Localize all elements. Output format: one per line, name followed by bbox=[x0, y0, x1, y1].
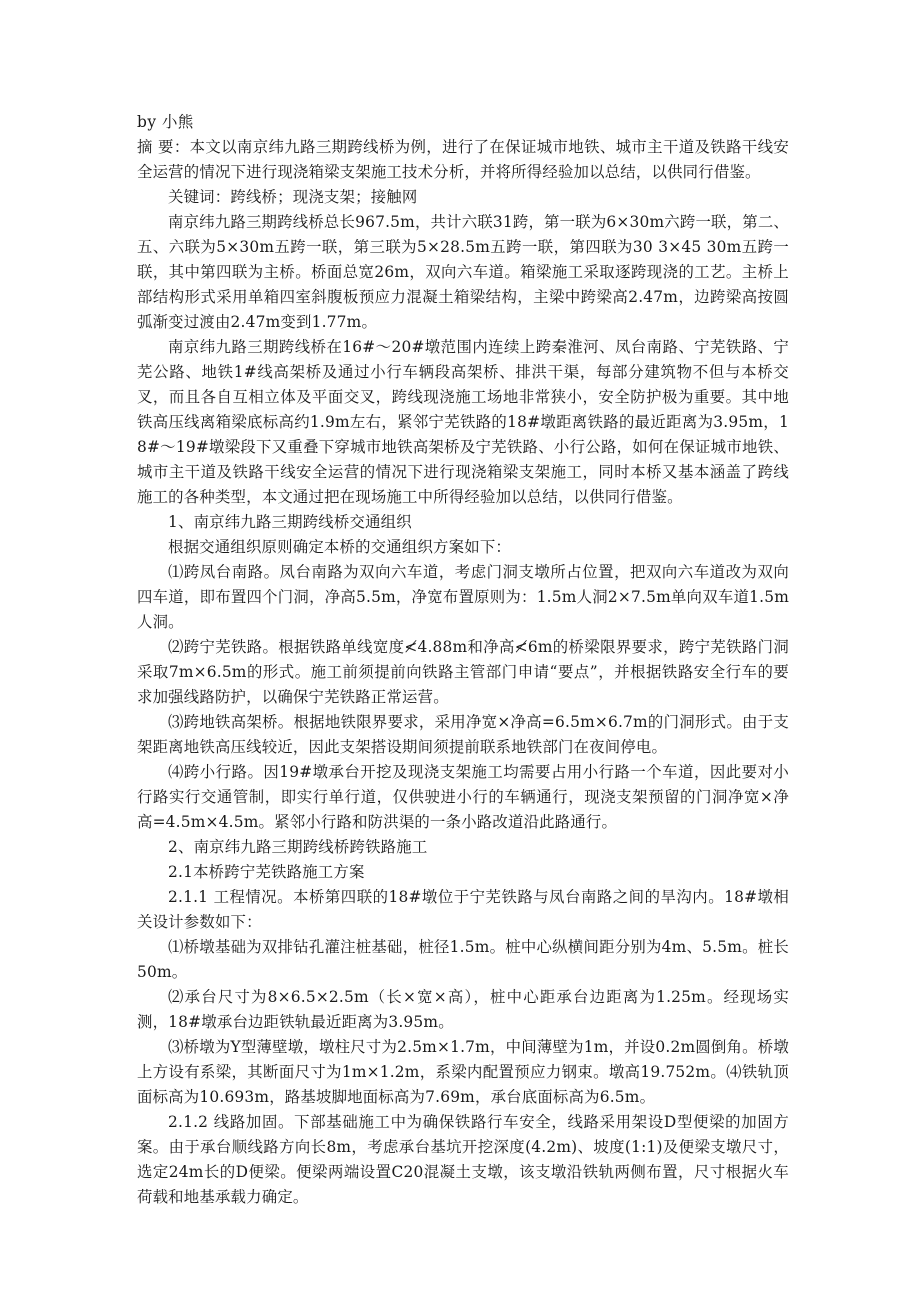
keywords: 关键词：跨线桥；现浇支架；接触网 bbox=[137, 185, 789, 210]
section-heading-1: 1、南京纬九路三期跨线桥交通组织 bbox=[137, 510, 789, 535]
paragraph-site-conditions: 南京纬九路三期跨线桥在16#～20#墩范围内连续上跨秦淮河、凤台南路、宁芜铁路、… bbox=[137, 335, 789, 510]
list-item-pile-cap: ⑵承台尺寸为8×6.5×2.5m（长×宽×高），桩中心距承台边距离为1.25m。… bbox=[137, 985, 789, 1035]
list-item-metro-viaduct: ⑶跨地铁高架桥。根据地铁限界要求，采用净宽×净高=6.5m×6.7m的门洞形式。… bbox=[137, 710, 789, 760]
paragraph-traffic-plan-intro: 根据交通组织原则确定本桥的交通组织方案如下： bbox=[137, 535, 789, 560]
document-body: by 小熊 摘 要：本文以南京纬九路三期跨线桥为例，进行了在保证城市地铁、城市主… bbox=[137, 110, 789, 1210]
list-item-xiaoxing-road: ⑷跨小行路。因19#墩承台开挖及现浇支架施工均需要占用小行路一个车道，因此要对小… bbox=[137, 760, 789, 835]
abstract: 摘 要：本文以南京纬九路三期跨线桥为例，进行了在保证城市地铁、城市主干道及铁路干… bbox=[137, 135, 789, 185]
list-item-fengtai-road: ⑴跨凤台南路。凤台南路为双向六车道，考虑门洞支墩所占位置，把双向六车道改为双向四… bbox=[137, 560, 789, 635]
section-heading-2: 2、南京纬九路三期跨线桥跨铁路施工 bbox=[137, 835, 789, 860]
list-item-pile-foundation: ⑴桥墩基础为双排钻孔灌注桩基础，桩径1.5m。桩中心纵横间距分别为4m、5.5m… bbox=[137, 935, 789, 985]
list-item-pier: ⑶桥墩为Y型薄壁墩，墩柱尺寸为2.5m×1.7m，中间薄壁为1m，并设0.2m圆… bbox=[137, 1035, 789, 1110]
list-item-ningwu-railway: ⑵跨宁芜铁路。根据铁路单线宽度≮4.88m和净高≮6m的桥梁限界要求，跨宁芜铁路… bbox=[137, 635, 789, 710]
author-line: by 小熊 bbox=[137, 110, 789, 135]
subsection-heading-2-1: 2.1本桥跨宁芜铁路施工方案 bbox=[137, 860, 789, 885]
paragraph-2-1-2-reinforcement: 2.1.2 线路加固。下部基础施工中为确保铁路行车安全，线路采用架设D型便梁的加… bbox=[137, 1110, 789, 1210]
paragraph-overview: 南京纬九路三期跨线桥总长967.5m，共计六联31跨，第一联为6×30m六跨一联… bbox=[137, 210, 789, 335]
paragraph-2-1-1-project: 2.1.1 工程情况。本桥第四联的18#墩位于宁芜铁路与凤台南路之间的旱沟内。1… bbox=[137, 885, 789, 935]
